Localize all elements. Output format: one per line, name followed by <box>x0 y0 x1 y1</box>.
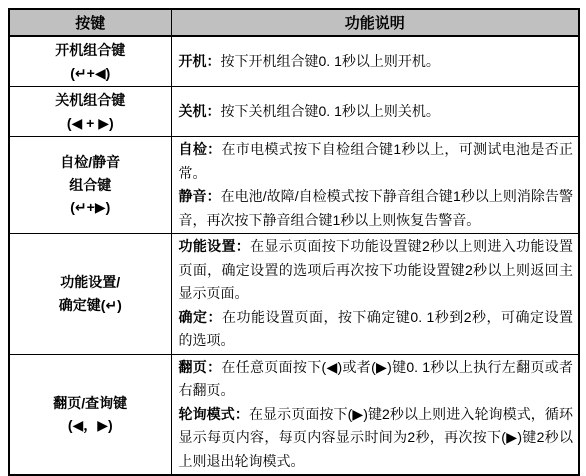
column-header-description: 功能说明 <box>171 9 579 36</box>
table-row: 开机组合键(↵+◀)开机：按下开机组合键0. 1秒以上则开机。 <box>9 36 579 87</box>
manual-page: 按键 功能说明 开机组合键(↵+◀)开机：按下开机组合键0. 1秒以上则开机。关… <box>8 8 580 476</box>
description-cell: 功能设置：在显示页面按下功能设置键2秒以上则进入功能设置页面，确定设置的选项后再… <box>171 234 579 355</box>
key-line: (↵+▶) <box>12 196 169 219</box>
key-line: 关机组合键 <box>12 89 169 112</box>
table-row: 关机组合键(◀ + ▶)关机：按下关机组合键0. 1秒以上则关机。 <box>9 87 579 137</box>
description-paragraph: 轮询模式：在显示页面按下(▶)键2秒以上则进入轮询模式，循环显示每页内容，每页内… <box>179 403 574 474</box>
description-paragraph: 关机：按下关机组合键0. 1秒以上则关机。 <box>179 100 574 124</box>
description-paragraph: 静音：在电池/故障/自检模式按下静音组合键1秒以上则消除告警音，再次按下静音组合… <box>179 185 574 232</box>
key-line: 翻页/查询键 <box>12 392 169 415</box>
description-term: 静音： <box>179 188 221 204</box>
description-term: 确定： <box>179 309 222 325</box>
key-line: (↵+◀) <box>12 62 169 85</box>
table-row: 功能设置/确定键(↵)功能设置：在显示页面按下功能设置键2秒以上则进入功能设置页… <box>9 234 579 355</box>
description-term: 翻页： <box>179 359 222 375</box>
description-term: 开机： <box>179 53 221 69</box>
key-line: 组合键 <box>12 174 169 197</box>
description-paragraph: 翻页：在任意页面按下(◀)或者(▶)键0. 1秒以上执行左翻页或者右翻页。 <box>179 356 574 403</box>
description-paragraph: 开机：按下开机组合键0. 1秒以上则开机。 <box>179 50 574 74</box>
description-paragraph: 功能设置：在显示页面按下功能设置键2秒以上则进入功能设置页面，确定设置的选项后再… <box>179 235 574 306</box>
description-term: 关机： <box>179 103 221 119</box>
description-cell: 关机：按下关机组合键0. 1秒以上则关机。 <box>171 87 579 137</box>
description-term: 自检： <box>179 141 222 157</box>
key-cell: 关机组合键(◀ + ▶) <box>9 87 171 137</box>
key-line: (◀ + ▶) <box>12 112 169 135</box>
table-body: 开机组合键(↵+◀)开机：按下开机组合键0. 1秒以上则开机。关机组合键(◀ +… <box>9 36 579 475</box>
column-header-key: 按键 <box>9 9 171 36</box>
table-row: 翻页/查询键(◀，▶)翻页：在任意页面按下(◀)或者(▶)键0. 1秒以上执行左… <box>9 354 579 475</box>
description-cell: 开机：按下开机组合键0. 1秒以上则开机。 <box>171 36 579 87</box>
description-cell: 翻页：在任意页面按下(◀)或者(▶)键0. 1秒以上执行左翻页或者右翻页。轮询模… <box>171 354 579 475</box>
description-term: 功能设置： <box>179 238 251 254</box>
key-cell: 功能设置/确定键(↵) <box>9 234 171 355</box>
table-row: 自检/静音组合键(↵+▶)自检：在市电模式按下自检组合键1秒以上，可测试电池是否… <box>9 137 579 234</box>
key-line: (◀，▶) <box>12 414 169 437</box>
key-function-table: 按键 功能说明 开机组合键(↵+◀)开机：按下开机组合键0. 1秒以上则开机。关… <box>8 8 580 476</box>
table-header-row: 按键 功能说明 <box>9 9 579 36</box>
key-cell: 自检/静音组合键(↵+▶) <box>9 137 171 234</box>
description-paragraph: 确定：在功能设置页面，按下确定键0. 1秒到2秒，可确定设置的选项。 <box>179 306 574 353</box>
key-cell: 开机组合键(↵+◀) <box>9 36 171 87</box>
key-line: 确定键(↵) <box>12 294 169 317</box>
key-line: 开机组合键 <box>12 39 169 62</box>
description-cell: 自检：在市电模式按下自检组合键1秒以上，可测试电池是否正常。静音：在电池/故障/… <box>171 137 579 234</box>
description-paragraph: 自检：在市电模式按下自检组合键1秒以上，可测试电池是否正常。 <box>179 138 574 185</box>
key-line: 自检/静音 <box>12 151 169 174</box>
key-cell: 翻页/查询键(◀，▶) <box>9 354 171 475</box>
key-line: 功能设置/ <box>12 271 169 294</box>
description-term: 轮询模式： <box>179 406 249 422</box>
